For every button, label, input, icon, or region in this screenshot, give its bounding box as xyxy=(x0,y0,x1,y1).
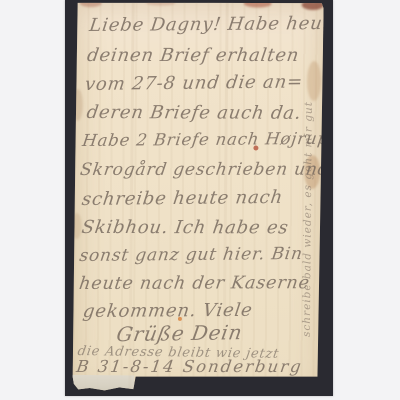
margin-note: schreibe bald wieder, es geht mir gut xyxy=(301,25,316,337)
stain xyxy=(302,0,324,10)
handwritten-line: Grüße Dein xyxy=(115,320,244,346)
handwritten-line: heute nach der Kaserne xyxy=(78,273,311,294)
stain xyxy=(80,0,102,7)
handwritten-line: deinen Brief erhalten xyxy=(86,45,301,66)
handwritten-line: schreibe heute nach xyxy=(81,187,285,210)
handwritten-line: Skrogård geschrieben und xyxy=(79,160,331,180)
handwritten-line: Habe 2 Briefe nach Højrup xyxy=(81,129,330,150)
handwritten-line: deren Briefe auch da. xyxy=(85,102,303,124)
handwritten-line: gekommen. Viele xyxy=(82,300,254,322)
stain xyxy=(146,0,176,6)
postcard-paper: Liebe Dagny! Habe heute deinen Brief erh… xyxy=(72,1,323,393)
dark-mat: Liebe Dagny! Habe heute deinen Brief erh… xyxy=(65,0,333,396)
handwritten-line: sonst ganz gut hier. Bin xyxy=(78,244,304,266)
handwritten-line: vom 27-8 und die an= xyxy=(84,71,305,95)
paper-tab xyxy=(72,375,134,393)
stain xyxy=(244,0,272,8)
stain xyxy=(73,89,83,121)
handwritten-line: B 31-8-14 Sonderburg xyxy=(75,357,304,376)
handwritten-line: Skibhou. Ich habe es xyxy=(80,217,290,238)
photo-frame: Liebe Dagny! Habe heute deinen Brief erh… xyxy=(0,0,400,400)
